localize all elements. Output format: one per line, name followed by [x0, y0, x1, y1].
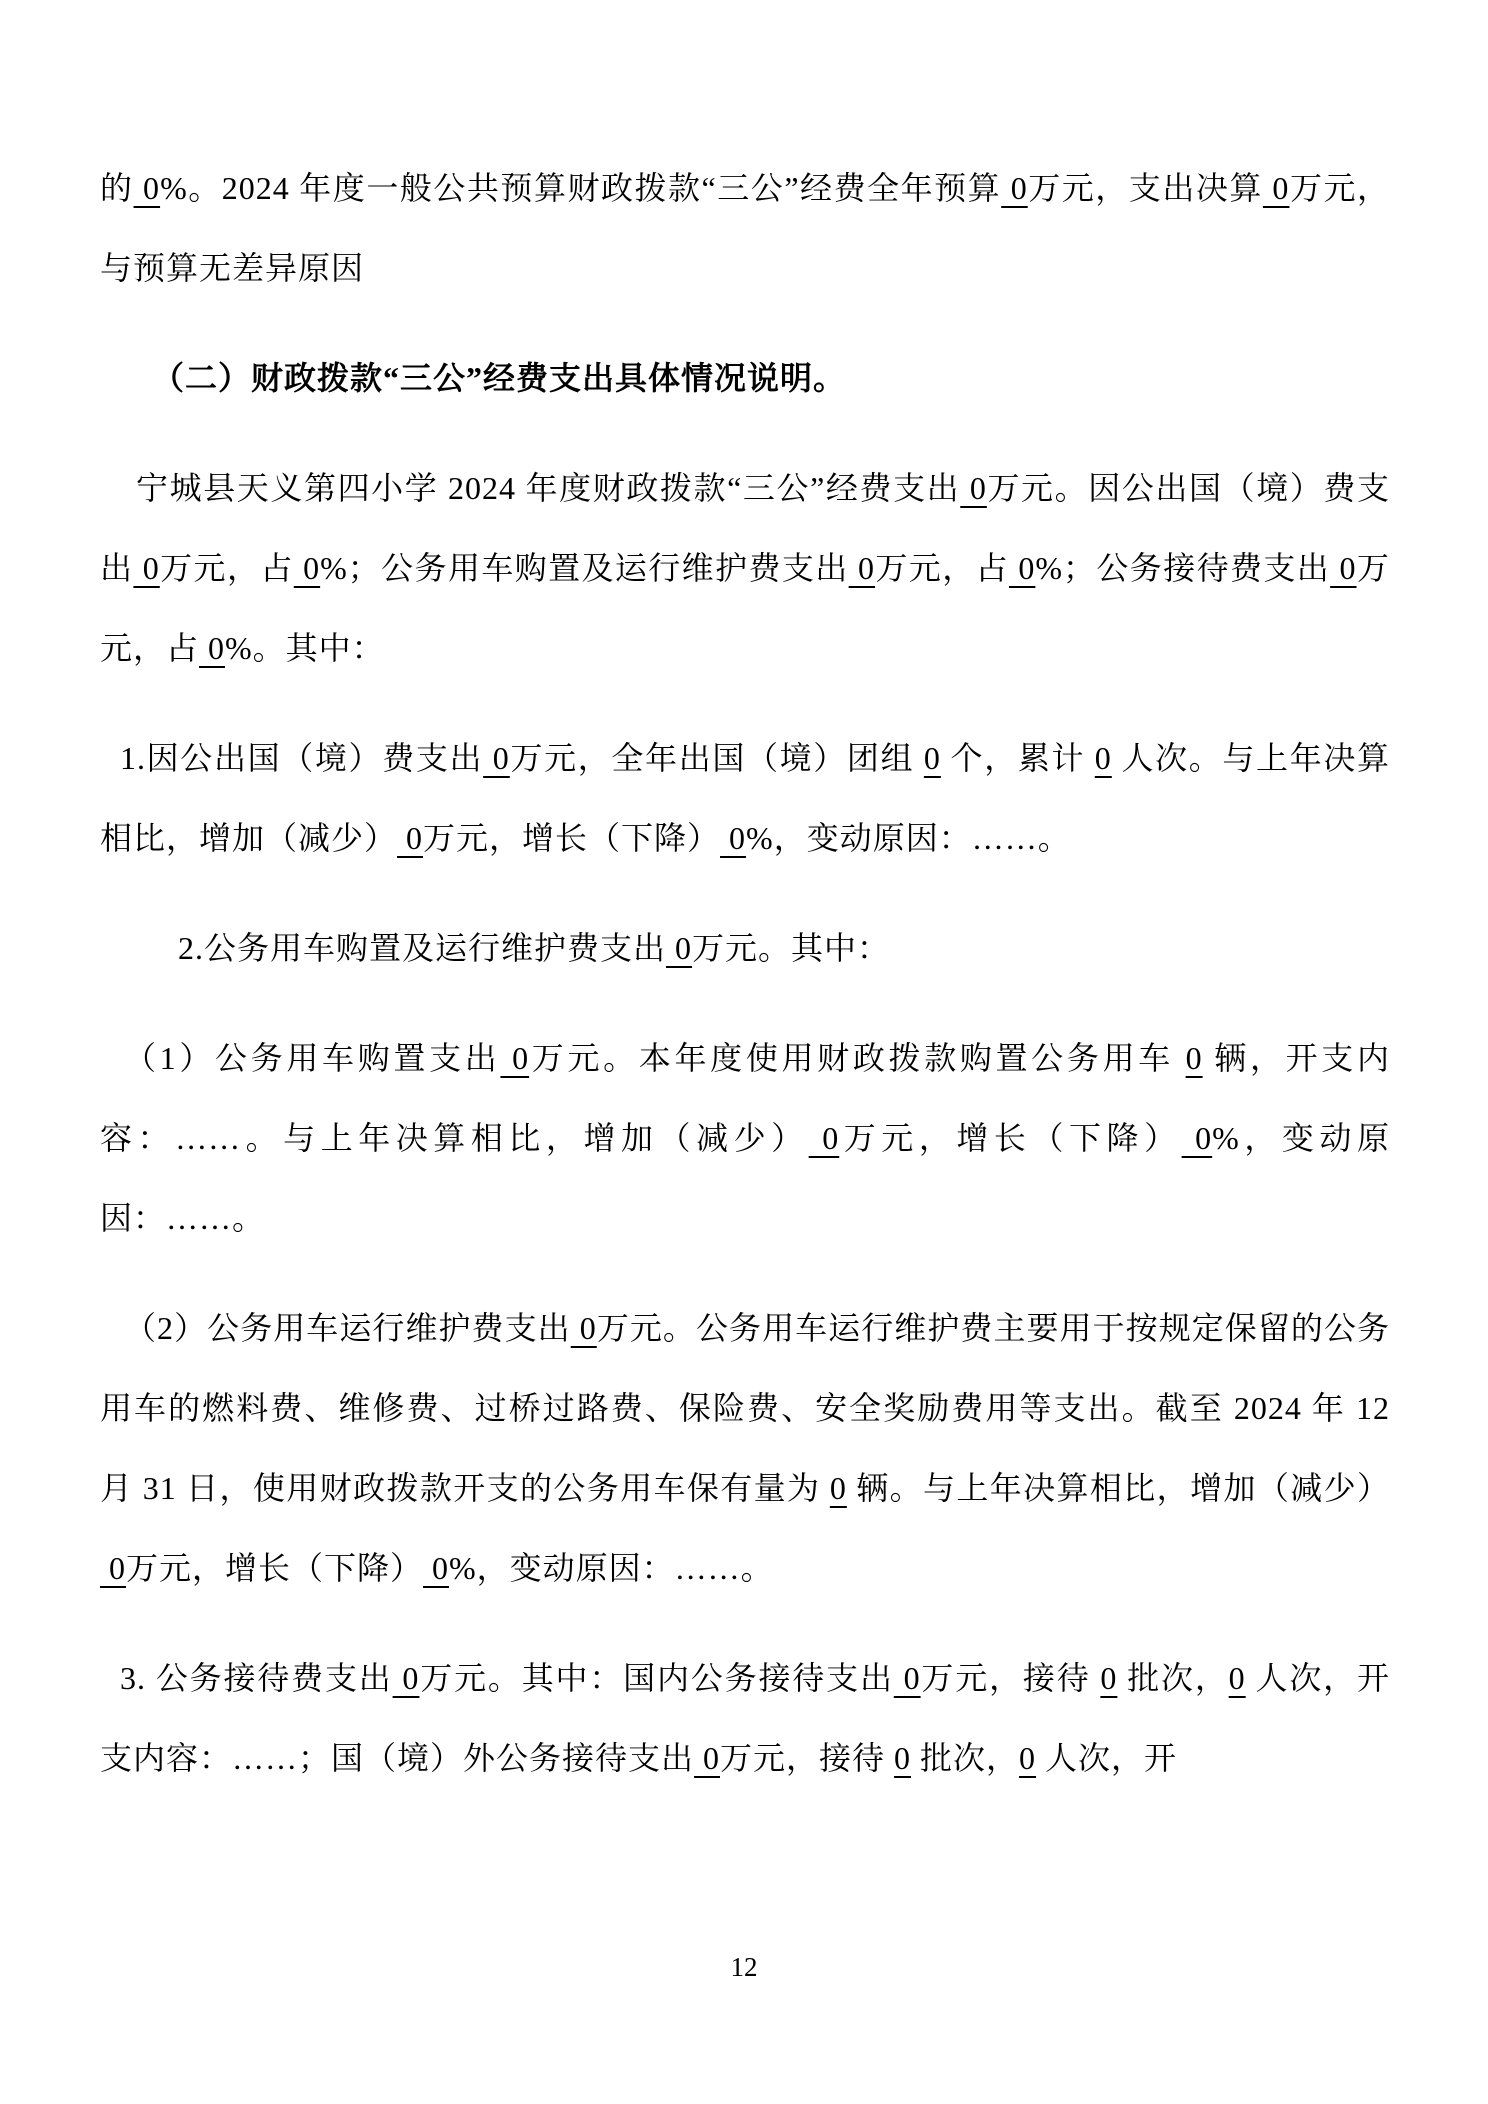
para-budget-vs-final-continuation: 的 0%。2024 年度一般公共预算财政拨款“三公”经费全年预算 0万元，支出决…: [100, 148, 1390, 308]
text-run: 万元，接待: [921, 1660, 1101, 1696]
blank-underline-value: 0: [1330, 550, 1356, 586]
para-item2-vehicle-total: 2.公务用车购置及运行维护费支出 0万元。其中：: [100, 908, 1390, 988]
blank-underline-value: 0: [100, 1550, 126, 1586]
blank-underline-value: 0: [500, 1040, 529, 1076]
blank-underline-value: 0: [1182, 1120, 1213, 1156]
para-sangong-overview: 宁城县天义第四小学 2024 年度财政拨款“三公”经费支出 0万元。因公出国（境…: [100, 448, 1390, 688]
blank-underline-value: 0: [1100, 1660, 1117, 1696]
blank-underline-value: 0: [1001, 170, 1028, 206]
text-run: （2）公务用车运行维护费支出: [124, 1310, 571, 1346]
blank-underline-value: 0: [134, 170, 161, 206]
blank-underline-value: 0: [809, 1120, 840, 1156]
text-run: 万元，接待: [720, 1740, 894, 1776]
text-run: %，变动原因：……。: [449, 1550, 774, 1586]
blank-underline-value: 0: [720, 820, 746, 856]
text-run: 个，累计: [941, 740, 1095, 776]
blank-underline-value: 0: [894, 1740, 911, 1776]
text-run: 万元，支出决算: [1028, 170, 1263, 206]
blank-underline-value: 0: [694, 1740, 720, 1776]
para-item1-abroad-expense: 1.因公出国（境）费支出 0万元，全年出国（境）团组 0 个，累计 0 人次。与…: [100, 718, 1390, 878]
text-run: %；公务用车购置及运行维护费支出: [320, 550, 849, 586]
text-run: 万元，增长（下降）: [126, 1550, 423, 1586]
text-run: （二）财政拨款“三公”经费支出具体情况说明。: [152, 360, 846, 396]
blank-underline-value: 0: [666, 930, 692, 966]
text-run: 万元，增长（下降）: [423, 820, 720, 856]
text-run: （1）公务用车购置支出: [124, 1040, 500, 1076]
blank-underline-value: 0: [1186, 1040, 1203, 1076]
text-run: 万元。其中：: [692, 930, 890, 966]
text-run: 宁城县天义第四小学 2024 年度财政拨款“三公”经费支出: [136, 470, 960, 506]
blank-underline-value: 0: [894, 1660, 921, 1696]
blank-underline-value: 0: [924, 740, 941, 776]
text-run: %。2024 年度一般公共预算财政拨款“三公”经费全年预算: [160, 170, 1001, 206]
blank-underline-value: 0: [199, 630, 225, 666]
text-run: %。其中：: [225, 630, 385, 666]
text-run: 的: [100, 170, 134, 206]
blank-underline-value: 0: [1009, 550, 1035, 586]
blank-underline-value: 0: [393, 1660, 420, 1696]
text-run: 万元，全年出国（境）团组: [510, 740, 924, 776]
blank-underline-value: 0: [423, 1550, 449, 1586]
para-item2-1-vehicle-purchase: （1）公务用车购置支出 0万元。本年度使用财政拨款购置公务用车 0 辆，开支内容…: [100, 1018, 1390, 1258]
text-run: 万元。其中：国内公务接待支出: [419, 1660, 893, 1696]
blank-underline-value: 0: [960, 470, 987, 506]
page-number: 12: [0, 1950, 1488, 1984]
blank-underline-value: 0: [1229, 1660, 1246, 1696]
para-item3-reception-expense: 3. 公务接待费支出 0万元。其中：国内公务接待支出 0万元，接待 0 批次，0…: [100, 1638, 1390, 1798]
text-run: 人次，开: [1036, 1740, 1177, 1776]
blank-underline-value: 0: [571, 1310, 597, 1346]
text-run: 万元，增长（下降）: [839, 1120, 1181, 1156]
document-page: 的 0%。2024 年度一般公共预算财政拨款“三公”经费全年预算 0万元，支出决…: [0, 0, 1488, 2104]
text-run: %，变动原因：……。: [746, 820, 1071, 856]
text-run: 批次，: [1117, 1660, 1228, 1696]
text-run: 辆。与上年决算相比，增加（减少）: [847, 1470, 1390, 1506]
text-run: 万元。本年度使用财政拨款购置公务用车: [529, 1040, 1186, 1076]
section-heading-two: （二）财政拨款“三公”经费支出具体情况说明。: [100, 338, 1390, 418]
blank-underline-value: 0: [133, 550, 159, 586]
blank-underline-value: 0: [830, 1470, 847, 1506]
text-run: 1.因公出国（境）费支出: [120, 740, 483, 776]
para-item2-2-vehicle-maintenance: （2）公务用车运行维护费支出 0万元。公务用车运行维护费主要用于按规定保留的公务…: [100, 1288, 1390, 1608]
text-run: %；公务接待费支出: [1035, 550, 1330, 586]
blank-underline-value: 0: [483, 740, 510, 776]
text-run: 2.公务用车购置及运行维护费支出: [178, 930, 666, 966]
text-run: 万元，占: [160, 550, 294, 586]
text-run: 3. 公务接待费支出: [120, 1660, 393, 1696]
blank-underline-value: 0: [1263, 170, 1290, 206]
blank-underline-value: 0: [1019, 1740, 1036, 1776]
blank-underline-value: 0: [294, 550, 320, 586]
blank-underline-value: 0: [849, 550, 875, 586]
blank-underline-value: 0: [1095, 740, 1112, 776]
text-run: 批次，: [911, 1740, 1019, 1776]
blank-underline-value: 0: [397, 820, 423, 856]
text-run: 万元，占: [875, 550, 1009, 586]
